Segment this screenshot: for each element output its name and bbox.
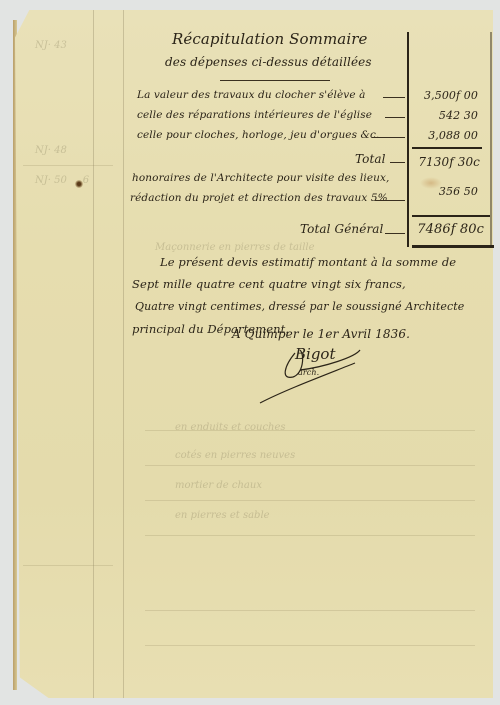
subtotal-rule (412, 147, 482, 149)
ruled-line (23, 565, 113, 566)
item-amount-eglise: 542 30 (418, 109, 478, 122)
item-amount-cloches: 3,088 00 (418, 129, 478, 142)
bleed-through-text: mortier de chaux (175, 480, 262, 491)
signature-flourish (255, 345, 375, 405)
ruled-line (145, 645, 475, 646)
ink-spot (75, 180, 83, 188)
item-label-clocher: La valeur des travaux du clocher s'élève… (137, 89, 365, 101)
fees-line-2: rédaction du projet et direction des tra… (130, 192, 388, 204)
bleed-through-text: en enduits et couches (175, 422, 286, 433)
total-amount: 7130f 30c (412, 155, 480, 169)
right-column-line (490, 32, 492, 247)
statement-line-1: Le présent devis estimatif montant à la … (160, 255, 456, 269)
bleed-through-text: cotés en pierres neuves (175, 450, 295, 461)
statement-line-2: Sept mille quatre cent quatre vingt six … (132, 277, 406, 291)
ruled-line (145, 610, 475, 611)
ruled-line (23, 165, 113, 166)
item-leader (383, 97, 405, 98)
margin-line-inner (123, 10, 124, 698)
total-leader (390, 162, 405, 163)
grand-total-bottom-rule (412, 245, 494, 248)
ruled-line (145, 535, 475, 536)
grand-total-label: Total Général (300, 222, 383, 236)
total-label: Total (355, 152, 386, 166)
item-label-eglise: celle des réparations intérieures de l'é… (137, 109, 372, 121)
document-title: Récapitulation Sommaire (172, 30, 367, 48)
item-amount-clocher: 3,500f 00 (418, 89, 478, 102)
margin-line-left (93, 10, 94, 698)
place-date: A Quimper le 1er Avril 1836. (232, 327, 410, 341)
grand-total-amount: 7486f 80c (412, 222, 484, 237)
title-underline (220, 80, 330, 81)
fees-line-1: honoraires de l'Architecte pour visite d… (132, 172, 389, 184)
item-label-cloches: celle pour cloches, horloge, jeu d'orgue… (137, 129, 379, 141)
fees-leader (375, 200, 405, 201)
amount-column-line (407, 32, 409, 247)
item-leader (385, 117, 405, 118)
ruled-line (145, 500, 475, 501)
bleed-through-text: NJ· 48 (35, 145, 67, 156)
statement-line-3: Quatre vingt centimes, dressé par le sou… (135, 300, 464, 313)
document-subtitle: des dépenses ci-dessus détaillées (165, 55, 372, 69)
ruled-line (145, 465, 475, 466)
fees-amount: 356 50 (418, 185, 478, 198)
grand-total-top-rule (412, 215, 490, 217)
bleed-through-text: Maçonnerie en pierres de taille (155, 242, 315, 253)
bleed-through-text: en pierres et sable (175, 510, 270, 521)
item-leader (372, 137, 405, 138)
bleed-through-text: NJ· 43 (35, 40, 67, 51)
grand-total-leader (385, 233, 405, 234)
